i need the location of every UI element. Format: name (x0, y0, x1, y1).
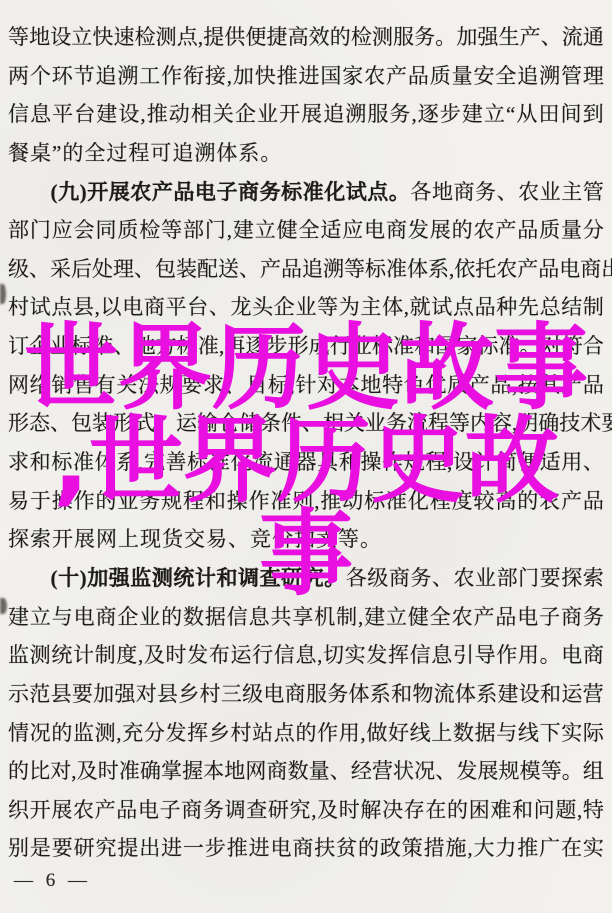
page-number: — 6 — (14, 870, 91, 892)
text-line: 部门应会同质检等部门,建立健全适应电商发展的农产品质量分 (8, 211, 604, 250)
text-line: 信息平台建设,推动相关企业开展追溯服务,逐步建立“从田间到 (8, 95, 604, 134)
text-line: 别是要研究提出进一步推进电商扶贫的政策措施,大力推广在实 (8, 829, 604, 868)
text-line: 网络销售有关法规要求、目标,针对本地特色优质产品,按其产品 (8, 366, 604, 405)
text-line: 等地设立快速检测点,提供便捷高效的检测服务。加强生产、流通 (8, 18, 604, 57)
text-line: (九)开展农产品电子商务标准化试点。各地商务、农业主管 (8, 173, 604, 212)
text-line: 织开展农产品电子商务调查研究,及时解决存在的困难和问题,特 (8, 791, 604, 830)
scanned-document-page: 等地设立快速检测点,提供便捷高效的检测服务。加强生产、流通两个环节追溯工作衔接,… (0, 0, 612, 913)
text-line: 求和标准体系,完善标准化流通器具和操作规程,设计简便适用、 (8, 443, 604, 482)
text-line: 探索开展网上现货交易、竞价拍卖等。 (8, 520, 604, 559)
text-line: (十)加强监测统计和调查研究。各级商务、农业部门要探索 (8, 559, 604, 598)
text-line: 订企业标准、地方标准,再逐步形成行业标准和国家标准。对符合 (8, 327, 604, 366)
text-line: 村试点县,以电商平台、龙头企业等为主体,就试点品种先总结制 (8, 288, 604, 327)
text-line: 监测统计制度,及时发布运行信息,切实发挥信息引导作用。电商 (8, 636, 604, 675)
text-line: 情况的监测,充分发挥乡村站点的作用,做好线上数据与线下实际 (8, 714, 604, 753)
text-line: 餐桌”的全过程可追溯体系。 (8, 134, 604, 173)
text-line: 两个环节追溯工作衔接,加快推进国家农产品质量安全追溯管理 (8, 57, 604, 96)
text-line: 易于操作的业务规程和操作准则,推动标准化程度较高的农产品 (8, 482, 604, 521)
text-line: 建立与电商企业的数据信息共享机制,建立健全农产品电子商务 (8, 598, 604, 637)
text-line: 的比对,及时准确掌握本地网商数量、经营状况、发展规模等。组 (8, 752, 604, 791)
document-body: 等地设立快速检测点,提供便捷高效的检测服务。加强生产、流通两个环节追溯工作衔接,… (8, 18, 604, 868)
text-line: 示范县要加强对县乡村三级电商服务体系和物流体系建设和运营 (8, 675, 604, 714)
text-line: 形态、包装形式、运输仓储条件、相关业务流程等内容,明确技术要 (8, 404, 604, 443)
scan-smudge (0, 284, 6, 304)
scan-smudge (0, 598, 7, 614)
text-line: 级、采后处理、包装配送、产品追溯等标准体系,依托农产品电商出 (8, 250, 604, 289)
